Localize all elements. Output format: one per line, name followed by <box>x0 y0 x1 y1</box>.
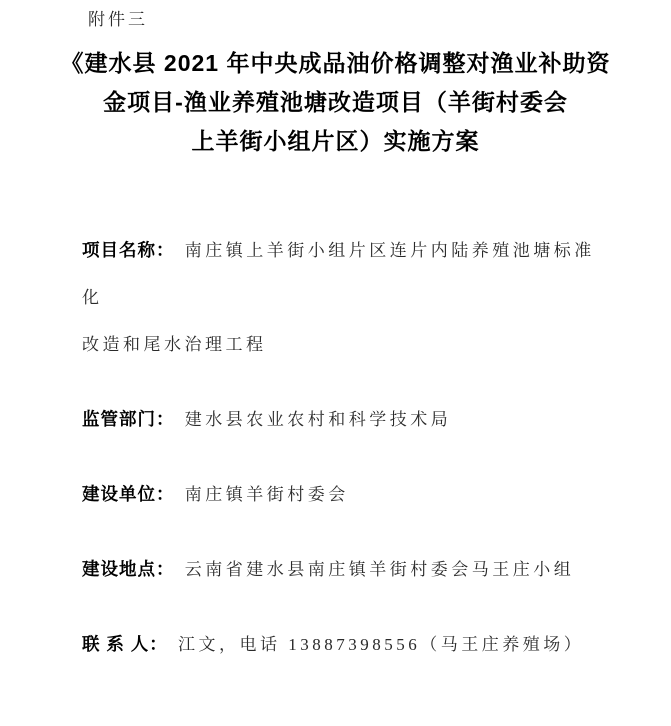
field-supervising-department: 监管部门： 建水县农业农村和科学技术局 <box>82 396 615 443</box>
field-list: 项目名称： 南庄镇上羊街小组片区连片内陆养殖池塘标准化 改造和尾水治理工程 监管… <box>82 227 615 668</box>
field-contact-person-label: 联 系 人： <box>82 634 168 654</box>
field-construction-unit-value: 南庄镇羊街村委会 <box>179 485 349 504</box>
field-construction-site-value: 云南省建水县南庄镇羊街村委会马王庄小组 <box>179 560 575 579</box>
field-construction-unit: 建设单位： 南庄镇羊街村委会 <box>82 471 615 518</box>
field-contact-person: 联 系 人： 江文，电话 13887398556（马王庄养殖场） <box>82 621 615 668</box>
title-line-1: 《建水县 2021 年中央成品油价格调整对渔业补助资 <box>30 44 641 83</box>
field-project-name: 项目名称： 南庄镇上羊街小组片区连片内陆养殖池塘标准化 改造和尾水治理工程 <box>82 227 615 368</box>
field-project-name-value-line2: 改造和尾水治理工程 <box>82 321 615 368</box>
attachment-label: 附件三 <box>88 8 671 31</box>
title-line-2: 金项目-渔业养殖池塘改造项目（羊街村委会 <box>30 83 641 122</box>
field-supervising-department-label: 监管部门： <box>82 409 175 429</box>
field-construction-site-label: 建设地点： <box>82 559 175 579</box>
field-project-name-label: 项目名称： <box>82 240 175 260</box>
document-page: 附件三 《建水县 2021 年中央成品油价格调整对渔业补助资 金项目-渔业养殖池… <box>0 0 671 726</box>
field-contact-person-value: 江文，电话 13887398556（马王庄养殖场） <box>172 635 584 654</box>
field-construction-site: 建设地点： 云南省建水县南庄镇羊街村委会马王庄小组 <box>82 546 615 593</box>
title-line-3: 上羊街小组片区）实施方案 <box>30 122 641 161</box>
document-title: 《建水县 2021 年中央成品油价格调整对渔业补助资 金项目-渔业养殖池塘改造项… <box>30 44 641 161</box>
field-supervising-department-value: 建水县农业农村和科学技术局 <box>179 410 452 429</box>
field-construction-unit-label: 建设单位： <box>82 484 175 504</box>
